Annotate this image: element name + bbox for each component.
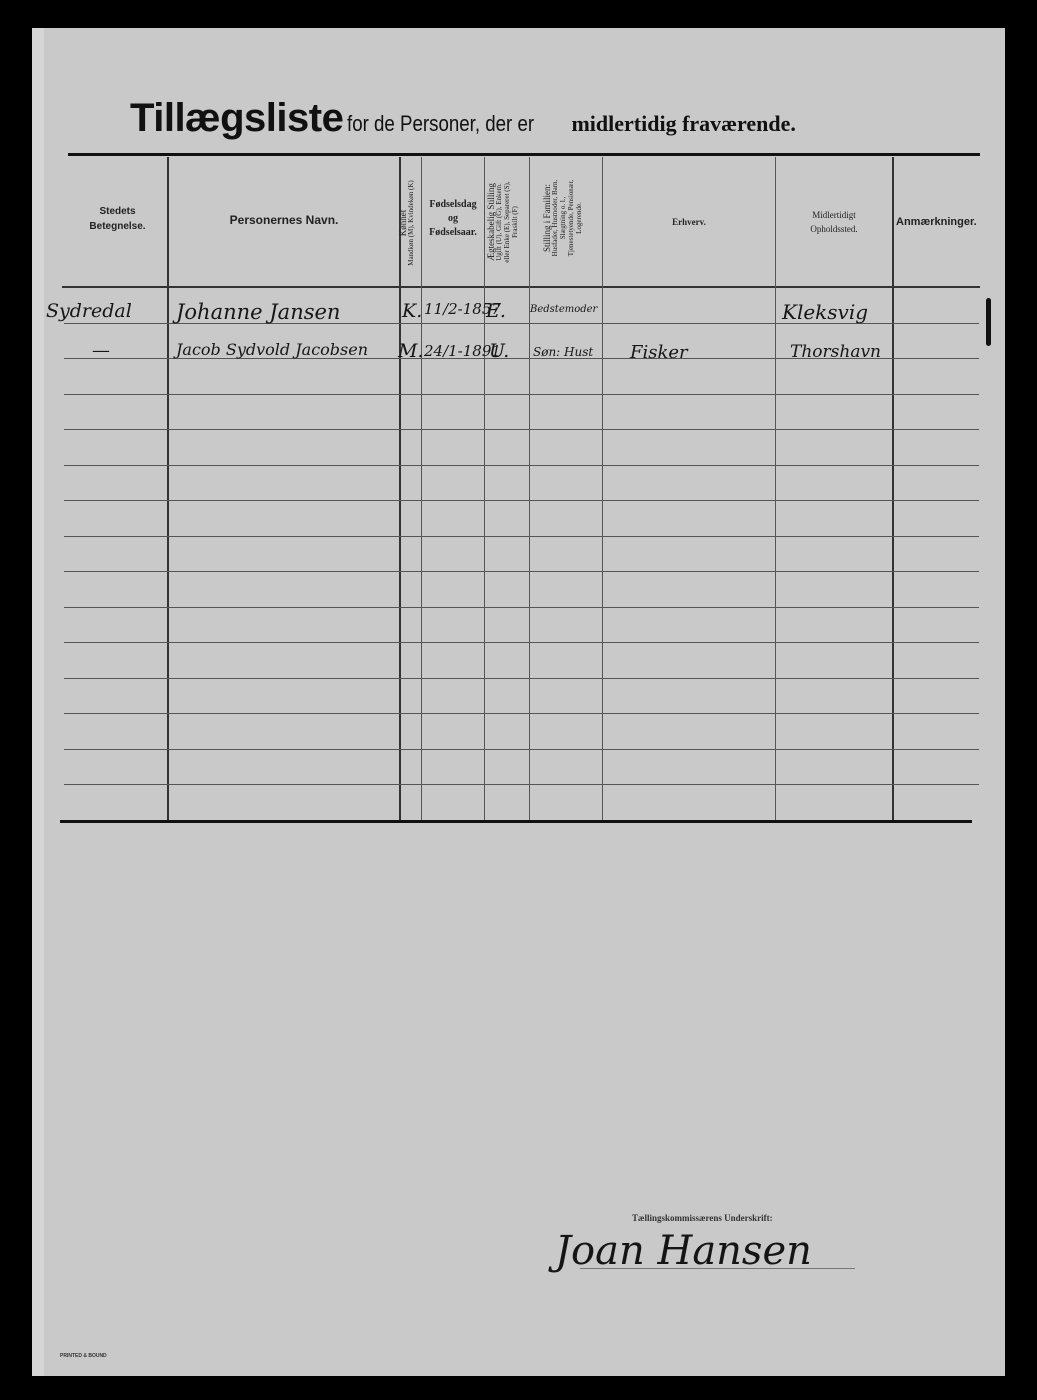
header-erhverv-label: Erhverv. bbox=[672, 217, 706, 227]
margin-mark bbox=[986, 298, 991, 346]
row1-navn: Johanne Jansen bbox=[176, 300, 340, 324]
row-divider bbox=[64, 713, 979, 714]
row-divider bbox=[64, 749, 979, 750]
header-navn-label: Personernes Navn. bbox=[230, 213, 339, 227]
row1-stilling: Bedstemoder bbox=[530, 304, 597, 315]
header-opholdssted: Midlertidigt Opholdssted. bbox=[776, 208, 892, 236]
col-divider-1 bbox=[167, 157, 169, 820]
header-stedets-line1: Stedets bbox=[70, 204, 165, 219]
form-title: Tillægsliste for de Personer, der er mid… bbox=[130, 96, 796, 141]
row2-aegteskab: U. bbox=[489, 340, 509, 362]
row-divider bbox=[64, 607, 979, 608]
header-opholdssted-line1: Midlertidigt bbox=[776, 208, 892, 222]
header-navn: Personernes Navn. bbox=[170, 213, 398, 227]
header-stilling-line5: Logerende. bbox=[575, 157, 583, 279]
header-erhverv: Erhverv. bbox=[603, 217, 775, 227]
row-divider bbox=[64, 394, 979, 395]
row1-stedets: Sydredal bbox=[46, 300, 132, 322]
header-aegteskab-line2: Ugift (U), Gift (G), Enkem. bbox=[495, 161, 503, 283]
row2-kjonnet: M. bbox=[398, 340, 424, 362]
col-divider-4 bbox=[484, 157, 485, 820]
header-kjonnet-line1: Kønnet bbox=[399, 163, 407, 283]
printer-mark: PRINTED & BOUND bbox=[60, 1353, 107, 1359]
paper-edge-shadow bbox=[32, 28, 44, 1376]
header-fodsel: Fødselsdag og Fødselsaar. bbox=[422, 198, 484, 240]
header-stedets: Stedets Betegnelse. bbox=[70, 204, 165, 234]
header-aegteskab-line4: Fraskilt (F) bbox=[511, 161, 519, 283]
header-fodsel-line3: Fødselsaar. bbox=[422, 226, 484, 240]
table-bottom-rule bbox=[60, 820, 972, 823]
title-bold: midlertidig fraværende. bbox=[571, 111, 795, 136]
title-for: for de Personer, der er bbox=[347, 111, 534, 137]
col-divider-3 bbox=[421, 157, 422, 820]
row-divider bbox=[64, 678, 979, 679]
row2-erhverv: Fisker bbox=[630, 342, 688, 363]
header-bottom-rule bbox=[62, 286, 980, 288]
col-divider-7 bbox=[775, 157, 776, 820]
title-main: Tillægsliste bbox=[130, 96, 343, 140]
row2-opholdssted: Thorshavn bbox=[790, 342, 881, 362]
header-kjonnet: Kønnet Mandkøn (M), Kvindekøn (K) bbox=[399, 163, 421, 283]
col-divider-5 bbox=[529, 157, 530, 820]
row-divider bbox=[64, 642, 979, 643]
header-top-rule bbox=[68, 153, 980, 156]
row1-opholdssted: Kleksvig bbox=[782, 300, 868, 324]
row-divider bbox=[64, 465, 979, 466]
row-divider bbox=[64, 571, 979, 572]
header-anmaerkninger-label: Anmærkninger. bbox=[896, 216, 977, 228]
header-stilling-line2: Husfader, Husmoder, Barn, bbox=[551, 157, 559, 279]
header-stilling: Stilling i Familien: Husfader, Husmoder,… bbox=[543, 157, 591, 279]
row2-navn: Jacob Sydvold Jacobsen bbox=[176, 340, 368, 359]
row-divider bbox=[64, 429, 979, 430]
header-aegteskab: Ægteskabelig Stilling Ugift (U), Gift (G… bbox=[487, 161, 527, 283]
header-aegteskab-line3: eller Enke (E), Separeret (S), bbox=[503, 161, 511, 283]
header-stilling-line3: Slægtning o. l., bbox=[559, 157, 567, 279]
row2-stilling: Søn: Hust bbox=[533, 345, 593, 359]
row2-stedets: — bbox=[92, 340, 110, 361]
col-divider-6 bbox=[602, 157, 603, 820]
row-divider bbox=[64, 536, 979, 537]
header-stilling-line1: Stilling i Familien: bbox=[543, 157, 551, 279]
row1-aegteskab: E. bbox=[486, 300, 506, 322]
header-fodsel-line2: og bbox=[422, 212, 484, 226]
row1-kjonnet: K. bbox=[402, 300, 422, 322]
header-kjonnet-line2: Mandkøn (M), Kvindekøn (K) bbox=[407, 163, 415, 283]
row-divider bbox=[64, 500, 979, 501]
header-opholdssted-line2: Opholdssted. bbox=[776, 222, 892, 236]
header-fodsel-line1: Fødselsdag bbox=[422, 198, 484, 212]
header-anmaerkninger: Anmærkninger. bbox=[893, 216, 986, 228]
header-stedets-line2: Betegnelse. bbox=[70, 219, 165, 234]
signature-line bbox=[580, 1268, 855, 1269]
header-aegteskab-line1: Ægteskabelig Stilling bbox=[487, 161, 495, 283]
signature-label: Tællingskommissærens Underskrift: bbox=[632, 1213, 773, 1223]
header-stilling-line4: Tjenestetyende, Pensionær, bbox=[567, 157, 575, 279]
col-divider-8 bbox=[892, 157, 894, 820]
row-divider bbox=[64, 784, 979, 785]
